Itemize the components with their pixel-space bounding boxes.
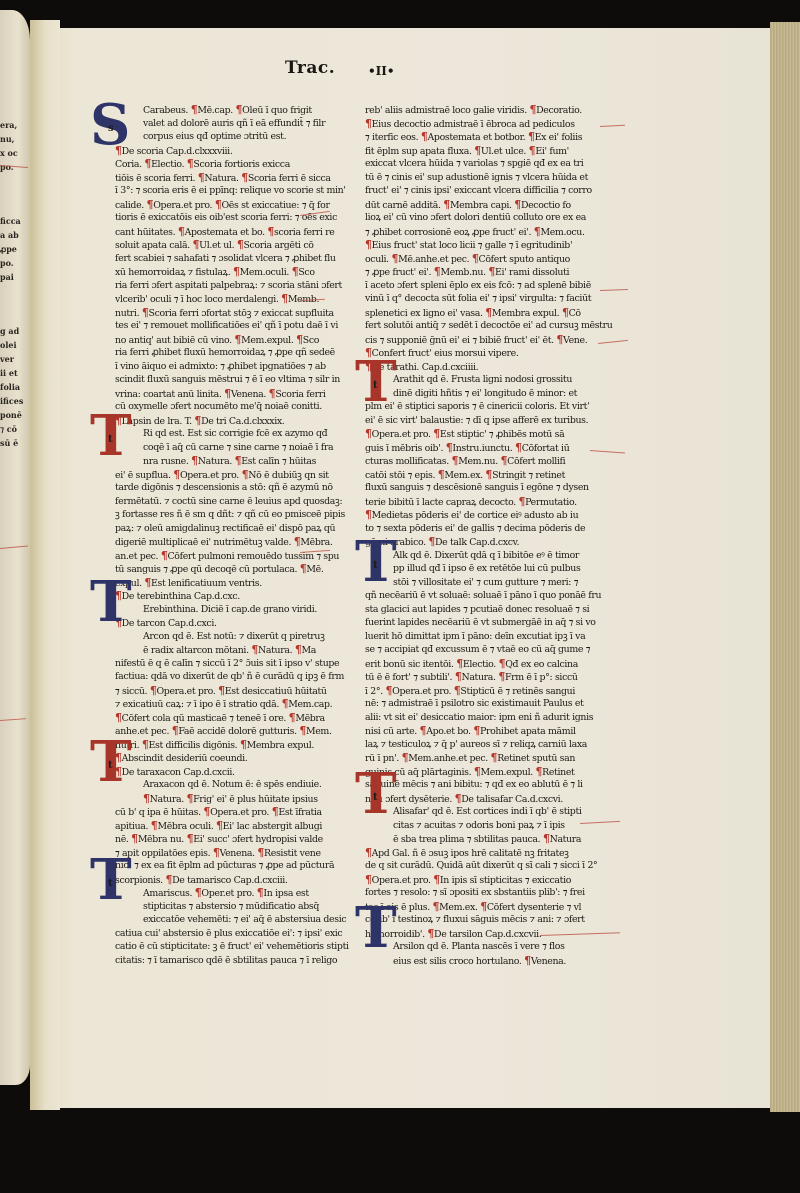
text-line: cerib' ī testinoꝝ ⁊ fluxui sāguis mēcis … (365, 913, 615, 927)
text-line: nē: ⁊ admistraē ī psilotro sic existimau… (365, 697, 615, 711)
pilcrow-rubric-icon: ¶ (428, 535, 435, 548)
text-line: scindit fluxū sanguis mēstrui ⁊ ē ī eo v… (115, 373, 365, 387)
text-line: guis ī mēbris oib'. ¶Instru.iunctu. ¶Cōf… (365, 441, 615, 455)
text-line: lioꝝ ei' cū vino ɔfert dolori dentiū col… (365, 211, 615, 225)
text-line: ī vino āiquo ei admixto: ⁊ ꝓhibet ipgnat… (115, 360, 365, 374)
text-column-right: reb' aliis admistraē loco galie viridis.… (365, 103, 615, 967)
pilcrow-rubric-icon: ¶ (433, 427, 440, 440)
pilcrow-rubric-icon: ¶ (224, 387, 231, 400)
pilcrow-rubric-icon: ¶ (446, 441, 453, 454)
pilcrow-rubric-icon: ¶ (213, 846, 220, 859)
pilcrow-rubric-icon: ¶ (257, 886, 264, 899)
pilcrow-rubric-icon: ¶ (115, 711, 122, 724)
pilcrow-rubric-icon: ¶ (150, 684, 157, 697)
pilcrow-rubric-icon: ¶ (299, 724, 306, 737)
pilcrow-rubric-icon: ¶ (295, 643, 302, 656)
text-line: apitiua. ¶Mēbra oculi. ¶Ei' lac abstergi… (115, 819, 365, 833)
text-line: tioris ē exiccatōis eis oib'est scoria f… (115, 211, 365, 225)
text-line: corpus eius qđ optime ɔtritū est. (115, 130, 365, 144)
pilcrow-rubric-icon: ¶ (173, 468, 180, 481)
text-line: ¶Natura. ¶Frig' ei' ē plus hūitate ipsiu… (115, 792, 365, 806)
facing-page-text-fragment: g ad (0, 326, 30, 338)
guide-letter: t (373, 380, 378, 391)
text-line: ¶Opera.et pro. ¶Est stiptic' ⁊ ꝓhibēs mo… (365, 427, 615, 441)
text-line: pp illud qđ ī ipso ē ex retētōe lui cū p… (365, 562, 615, 576)
facing-page-text-fragment: ⁊ cō (0, 424, 30, 436)
text-line: exiccat vlcera hūida ⁊ variolas ⁊ spgiē … (365, 157, 615, 171)
pilcrow-rubric-icon: ¶ (294, 535, 301, 548)
text-line: digeriē multiplicaē ei' nutrimētuꝫ valde… (115, 535, 365, 549)
text-line: ei' ē sic virt' balaustie: ⁊ dī q ipse a… (365, 414, 615, 428)
pilcrow-rubric-icon: ¶ (499, 657, 506, 670)
text-line: to ⁊ sexta pōderis ei' de gallis ⁊ decim… (365, 522, 615, 536)
text-line: sta glacici aut lapides ⁊ pcutiaē donec … (365, 603, 615, 617)
pilcrow-rubric-icon: ¶ (518, 495, 525, 508)
pilcrow-rubric-icon: ¶ (292, 265, 299, 278)
text-line: tiōis ē scoria ferri. ¶Natura. ¶Scoria f… (115, 171, 365, 185)
pilcrow-rubric-icon: ¶ (472, 252, 479, 265)
text-line: ¶De tarcon Cap.d.cxci. (115, 616, 365, 630)
facing-page-text-fragment: ꝓpe (0, 244, 30, 256)
text-line: vlcerib' oculi ⁊ ī hoc loco merdalengi. … (115, 292, 365, 306)
pilcrow-rubric-icon: ¶ (529, 144, 536, 157)
facing-page-text-fragment: era, (0, 120, 30, 132)
decorated-initial-t: T (355, 900, 397, 956)
pilcrow-rubric-icon: ¶ (143, 792, 150, 805)
text-line: tes ei' ⁊ remouet mollificatiōes ei' qñ … (115, 319, 365, 333)
pilcrow-rubric-icon: ¶ (191, 103, 198, 116)
pilcrow-rubric-icon: ¶ (420, 724, 427, 737)
guide-letter: t (108, 878, 113, 889)
pilcrow-rubric-icon: ¶ (144, 157, 151, 170)
text-line: nio: ⁊ ex ea fit ēplm ad pūcturas ⁊ ꝓpe … (115, 859, 365, 873)
text-line: cū b' q ipa ē hūitas. ¶Opera.et pro. ¶Es… (115, 805, 365, 819)
facing-page-text-fragment: folia (0, 382, 30, 394)
text-line: ⁊ siccū. ¶Opera.et pro. ¶Est desiccatiuū… (115, 684, 365, 698)
pilcrow-rubric-icon: ¶ (534, 225, 541, 238)
text-line: ꝫ fortasse res ñ ē sm q dñt: ⁊ qñ cū eo … (115, 508, 365, 522)
pilcrow-rubric-icon: ¶ (365, 238, 372, 251)
page-edges-fore-edge (770, 22, 800, 1112)
text-line: exiccatōe vehemēti: ⁊ ei' aq̄ ē abstersi… (115, 913, 365, 927)
pilcrow-rubric-icon: ¶ (491, 751, 498, 764)
facing-page-text-fragment: ifices (0, 396, 30, 408)
pilcrow-rubric-icon: ¶ (452, 454, 459, 467)
pilcrow-rubric-icon: ¶ (236, 103, 243, 116)
text-line: no antiq' aut bibiē cū vino. ¶Mem.expul.… (115, 333, 365, 347)
text-line: ¶De taraxacon Cap.d.cxcii. (115, 765, 365, 779)
pilcrow-rubric-icon: ¶ (524, 954, 531, 967)
text-line: xū hemorroidaꝝ ⁊ fistulaꝝ. ¶Mem.oculi. ¶… (115, 265, 365, 279)
pilcrow-rubric-icon: ¶ (144, 576, 151, 589)
pilcrow-rubric-icon: ¶ (194, 414, 201, 427)
text-line: nra rusne. ¶Natura. ¶Est calīn ⁊ hūitas (115, 454, 365, 468)
text-line: fit ēplm sup apata fluxa. ¶Ul.et ulce. ¶… (365, 144, 615, 158)
text-line: paꝝ: ⁊ oleū amigdalinuꝫ rectificaē ei' d… (115, 522, 365, 536)
pilcrow-rubric-icon: ¶ (300, 562, 307, 575)
pilcrow-rubric-icon: ¶ (386, 684, 393, 697)
text-line: tas ī eis ē plus. ¶Mem.ex. ¶Cōfert dysen… (365, 900, 615, 914)
text-line: ⁊ exicatiuū caꝝ: ⁊ ī ipo ē ī stratio qdā… (115, 697, 365, 711)
pilcrow-rubric-icon: ¶ (151, 819, 158, 832)
text-line: ⁊ ꝓpe fruct' ei'. ¶Memb.nu. ¶Ei' rami di… (365, 265, 615, 279)
text-line: nisi cū arte. ¶Apo.et bo. ¶Prohibet apat… (365, 724, 615, 738)
text-line: tarde digōnis ⁊ descensionis a stō: qñ ē… (115, 481, 365, 495)
pilcrow-rubric-icon: ¶ (178, 225, 185, 238)
text-line: sāguinē mēcis ⁊ ani bibitu: ⁊ qđ ex eo a… (365, 778, 615, 792)
text-line: ei' ē supflua. ¶Opera.et pro. ¶Nō ē dubi… (115, 468, 365, 482)
text-line: Alisafar' qd ē. Est cortices indi ī qb' … (365, 805, 615, 819)
text-line: catiua cui' abstersio ē plus exiccatiōe … (115, 927, 365, 941)
text-line: ē sba trea plima ⁊ sbtilitas pauca. ¶Nat… (365, 832, 615, 846)
pilcrow-rubric-icon: ¶ (191, 454, 198, 467)
text-line: Coria. ¶Electio. ¶Scoria fortioris exicc… (115, 157, 365, 171)
text-line: alii: vt sit ei' desiccatio maior: ipm e… (365, 711, 615, 725)
text-line: Araxacon qd ē. Notum ē: ē spēs endiuie. (115, 778, 365, 792)
text-line: tū ē ⁊ cinis ei' sup adustionē ignis ⁊ v… (365, 171, 615, 185)
text-line: stipticitas ⁊ abstersio ⁊ mūdificatio ab… (115, 900, 365, 914)
pilcrow-rubric-icon: ¶ (289, 711, 296, 724)
text-line: fert solutōi antiq̄ ⁊ sedēt ī decoctōe e… (365, 319, 615, 333)
text-line: laꝝ ⁊ testiculoꝝ ⁊ q̄ p' aureos sī ⁊ rel… (365, 738, 615, 752)
text-line: stōi ⁊ villositate ei' ⁊ cum gutture ⁊ m… (365, 576, 615, 590)
text-line: Arcon qd ē. Est notū: ⁊ dixerūt q piretr… (115, 630, 365, 644)
text-line: ¶Opera.et pro. ¶In ipis sī stipticitas ⁊… (365, 873, 615, 887)
text-line: nitū ɔfert dysēterie. ¶De talisafar Ca.d… (365, 792, 615, 806)
text-line: erit bonū sic itentōi. ¶Electio. ¶Qđ ex … (365, 657, 615, 671)
pilcrow-rubric-icon: ¶ (131, 832, 138, 845)
pilcrow-rubric-icon: ¶ (488, 265, 495, 278)
pilcrow-rubric-icon: ¶ (296, 333, 303, 346)
pilcrow-rubric-icon: ¶ (216, 819, 223, 832)
pilcrow-rubric-icon: ¶ (267, 225, 274, 238)
guide-letter: s (108, 123, 114, 134)
pilcrow-rubric-icon: ¶ (514, 198, 521, 211)
pilcrow-rubric-icon: ¶ (443, 198, 450, 211)
text-line: fuerint lapides necēariū ē vt submergāē … (365, 616, 615, 630)
pilcrow-rubric-icon: ¶ (391, 252, 398, 265)
text-line: coqē ī aq̄ cū carne ⁊ sine carne ⁊ noiaē… (115, 441, 365, 455)
pilcrow-rubric-icon: ¶ (165, 873, 172, 886)
text-line: dinē digiti hñtis ⁊ ei' longitudo ē mino… (365, 387, 615, 401)
facing-page-text-fragment: nu, (0, 134, 30, 146)
text-line: ¶Eius decoctio admistraē ī ēbroca ad ped… (365, 117, 615, 131)
text-line: valet ad dolorē auris qñ ī eā effundit̄ … (115, 117, 365, 131)
text-line: luerit hō dimittat ipm ī pāno: deīn excu… (365, 630, 615, 644)
pilcrow-rubric-icon: ¶ (257, 846, 264, 859)
pilcrow-rubric-icon: ¶ (438, 468, 445, 481)
facing-page-text-fragment: ponē (0, 410, 30, 422)
pilcrow-rubric-icon: ¶ (528, 130, 535, 143)
pilcrow-rubric-icon: ¶ (233, 265, 240, 278)
pilcrow-rubric-icon: ¶ (365, 873, 372, 886)
pilcrow-rubric-icon: ¶ (241, 171, 248, 184)
pilcrow-rubric-icon: ¶ (242, 468, 249, 481)
text-line: ī 2°. ¶Opera.et pro. ¶Stipticū ē ⁊ retin… (365, 684, 615, 698)
book-gutter (30, 20, 60, 1110)
pilcrow-rubric-icon: ¶ (187, 157, 194, 170)
text-line: expul. ¶Est lenificatiuum ventris. (115, 576, 365, 590)
text-line: dūt carnē additā. ¶Membra capi. ¶Decocti… (365, 198, 615, 212)
pilcrow-rubric-icon: ¶ (427, 927, 434, 940)
pilcrow-rubric-icon: ¶ (485, 468, 492, 481)
pilcrow-rubric-icon: ¶ (218, 684, 225, 697)
text-line: cū oxymelle ɔfert nocumēto me'q̄ noiaē c… (115, 400, 365, 414)
text-line: tū sanguis ⁊ ꝓpe qū decoqē cū portulaca.… (115, 562, 365, 576)
pilcrow-rubric-icon: ¶ (234, 333, 241, 346)
text-line: ¶De terebinthina Cap.d.cxc. (115, 589, 365, 603)
text-line: fermētatū. ⁊ coctū sine carne ē leuius a… (115, 495, 365, 509)
pilcrow-rubric-icon: ¶ (272, 805, 279, 818)
pilcrow-rubric-icon: ¶ (480, 900, 487, 913)
pilcrow-rubric-icon: ¶ (237, 238, 244, 251)
text-line: ⁊ ꝓhibet corrosionē eoꝝ ꝓpe fruct' ei'. … (365, 225, 615, 239)
text-line: factiua: qdā vo dixerūt de qb' ñ ē curād… (115, 670, 365, 684)
pilcrow-rubric-icon: ¶ (454, 684, 461, 697)
pilcrow-rubric-icon: ¶ (421, 130, 428, 143)
pilcrow-rubric-icon: ¶ (474, 144, 481, 157)
pilcrow-rubric-icon: ¶ (473, 724, 480, 737)
facing-page-text-fragment: ver (0, 354, 30, 366)
text-line: se ⁊ accipiat qđ excussum ē ⁊ vtaē eo cū… (365, 643, 615, 657)
text-line: fortes ⁊ resolo: ⁊ sī ɔpositi ex sbstant… (365, 886, 615, 900)
text-line: ¶Lapsin de lra. T. ¶De tri Ca.d.clxxxix. (115, 414, 365, 428)
text-line: ī 3°: ⁊ scoria eris ē ei ppīnq: relique … (115, 184, 365, 198)
pilcrow-rubric-icon: ¶ (235, 454, 242, 467)
text-line: ¶Abscindit desideriū coeundi. (115, 751, 365, 765)
pilcrow-rubric-icon: ¶ (515, 441, 522, 454)
text-line: soluit apata calā. ¶Ul.et ul. ¶Scoria ar… (115, 238, 365, 252)
pilcrow-rubric-icon: ¶ (365, 117, 372, 130)
text-line: anhe.et pec. ¶Faē accidē dolorē gutturis… (115, 724, 365, 738)
text-line: ⁊ iterfic eos. ¶Apostemata et botbor. ¶E… (365, 130, 615, 144)
pilcrow-rubric-icon: ¶ (455, 670, 462, 683)
text-line: cant hūitates. ¶Apostemata et bo. ¶scori… (115, 225, 365, 239)
pilcrow-rubric-icon: ¶ (543, 832, 550, 845)
guide-letter: t (373, 792, 378, 803)
text-line: ¶Medietas pōderis ei' de cortice eiꝰ adu… (365, 508, 615, 522)
pilcrow-rubric-icon: ¶ (161, 549, 168, 562)
text-line: oculi. ¶Mē.anhe.et pec. ¶Cōfert sputo an… (365, 252, 615, 266)
running-head: Trac. (285, 58, 335, 78)
text-line: ria ferri ɔfert aspitati palpebraꝝ: ⁊ sc… (115, 279, 365, 293)
text-line: ¶De tarathi. Cap.d.cxciiii. (365, 360, 615, 374)
text-line: ria ferri ꝓhibet fluxū hemorroidaꝝ ⁊ ꝓpe… (115, 346, 365, 360)
pilcrow-rubric-icon: ¶ (365, 846, 372, 859)
pilcrow-rubric-icon: ¶ (281, 292, 288, 305)
pilcrow-rubric-icon: ¶ (365, 427, 372, 440)
text-line: ¶Apd Gal. ñ ē ɔsuꝫ ipos hrē calitatē nꝫ … (365, 846, 615, 860)
pilcrow-rubric-icon: ¶ (269, 387, 276, 400)
text-line: catio ē cū stipticitate: ꝫ ē fruct' ei' … (115, 940, 365, 954)
text-column-left: Carabeus. ¶Mē.cap. ¶Oleū ī quo frigitval… (115, 103, 365, 967)
text-line: ī aceto ɔfert spleni ēplo ex eis fcō: ⁊ … (365, 279, 615, 293)
text-line: fert scabiei ⁊ sahafati ⁊ ɔsolidat vlcer… (115, 252, 365, 266)
text-line: terie bibitū ī lacte capraꝝ decocto. ¶Pe… (365, 495, 615, 509)
text-line: ¶Confert fruct' eius morsui vipere. (365, 346, 615, 360)
pilcrow-rubric-icon: ¶ (455, 792, 462, 805)
pilcrow-rubric-icon: ¶ (433, 873, 440, 886)
text-line: reb' aliis admistraē loco galie viridis.… (365, 103, 615, 117)
facing-page-text-fragment: po. (0, 258, 30, 270)
text-line: qñ necēariū ē vt soluaē: soluaē ī pāno ī… (365, 589, 615, 603)
pilcrow-rubric-icon: ¶ (474, 765, 481, 778)
facing-page-text-fragment: olei (0, 340, 30, 352)
text-line: calide. ¶Opera.et pro. ¶Oēs st exiccatiu… (115, 198, 365, 212)
facing-page-text-fragment: ii et (0, 368, 30, 380)
pilcrow-rubric-icon: ¶ (172, 724, 179, 737)
pilcrow-rubric-icon: ¶ (433, 900, 440, 913)
text-line: ⁊ apit oppilatōes epis. ¶Venena. ¶Resist… (115, 846, 365, 860)
pilcrow-rubric-icon: ¶ (365, 508, 372, 521)
pilcrow-rubric-icon: ¶ (147, 198, 154, 211)
folio-number: •II• (368, 64, 395, 78)
pilcrow-rubric-icon: ¶ (198, 171, 205, 184)
pilcrow-rubric-icon: ¶ (402, 751, 409, 764)
text-line: nutri. ¶Est difficilis digōnis. ¶Membra … (115, 738, 365, 752)
pilcrow-rubric-icon: ¶ (142, 738, 149, 751)
text-line: eius est silis croco hortulano. ¶Venena. (365, 954, 615, 968)
text-line: splenetici ex ligno ei' vasa. ¶Membra ex… (365, 306, 615, 320)
guide-letter: t (108, 434, 113, 445)
text-line: rū ī pn'. ¶Mem.anhe.et pec. ¶Retinet spu… (365, 751, 615, 765)
text-line: nutri. ¶Scoria ferri ɔfortat stōꝫ ⁊ exic… (115, 306, 365, 320)
text-line: cturas mollificatas. ¶Mem.nu. ¶Cōfert mo… (365, 454, 615, 468)
pilcrow-rubric-icon: ¶ (434, 265, 441, 278)
text-line: cis ⁊ supponiē ḡnū ei' ei ⁊ bibiē fruct'… (365, 333, 615, 347)
pilcrow-rubric-icon: ¶ (215, 198, 222, 211)
pilcrow-rubric-icon: ¶ (456, 657, 463, 670)
pilcrow-rubric-icon: ¶ (203, 805, 210, 818)
text-line: gūmi arabico. ¶De talk Cap.d.cxcv. (365, 535, 615, 549)
facing-page-text-fragment: sū ē (0, 438, 30, 450)
pilcrow-rubric-icon: ¶ (562, 306, 569, 319)
pilcrow-rubric-icon: ¶ (193, 238, 200, 251)
text-line: Alk qd ē. Dixerūt qdā q ī bibitōe eꝰ ē t… (365, 549, 615, 563)
pilcrow-rubric-icon: ¶ (556, 333, 563, 346)
pilcrow-rubric-icon: ¶ (529, 103, 536, 116)
pilcrow-rubric-icon: ¶ (251, 643, 258, 656)
text-line: vrina: coartat anū linita. ¶Venena. ¶Sco… (115, 387, 365, 401)
text-line: Ri qd est. Est sic corrigie fcē ex azymo… (115, 427, 365, 441)
text-line: fruct' ei' ⁊ cinis ipsi' exiccant vlcera… (365, 184, 615, 198)
text-line: Arathit qd ē. Frusta ligni nodosi grossi… (365, 373, 615, 387)
pilcrow-rubric-icon: ¶ (142, 306, 149, 319)
text-line: de q sit curādū. Quidā aūt dixerūt q sī … (365, 859, 615, 873)
decorated-initial-t: T (90, 574, 132, 630)
text-line: tū ē ē fort' ⁊ subtili'. ¶Natura. ¶Frm ē… (365, 670, 615, 684)
pilcrow-rubric-icon: ¶ (500, 454, 507, 467)
text-line: nē. ¶Mēbra nu. ¶Ei' succ' ɔfert hydropis… (115, 832, 365, 846)
text-line: Arsilon qd ē. Planta nascēs ī vere ⁊ flo… (365, 940, 615, 954)
guide-letter: t (108, 760, 113, 771)
pilcrow-rubric-icon: ¶ (282, 697, 289, 710)
text-line: guinis cū aq̄ plārtaginis. ¶Mem.expul. ¶… (365, 765, 615, 779)
text-line: Amariscus. ¶Oper.et pro. ¶In ipsa est (115, 886, 365, 900)
text-line: ¶Cōfert cola qū masticaē ⁊ teneē ī ore. … (115, 711, 365, 725)
text-line: Erebinthina. Diciē ī cap.de grano viridi… (115, 603, 365, 617)
text-line: fluxū sanguis ⁊ descēsionē sanguis ī egō… (365, 481, 615, 495)
pilcrow-rubric-icon: ¶ (240, 738, 247, 751)
pilcrow-rubric-icon: ¶ (187, 832, 194, 845)
pilcrow-rubric-icon: ¶ (187, 792, 194, 805)
text-line: catōi stōi ⁊ epis. ¶Mem.ex. ¶Stringit ⁊ … (365, 468, 615, 482)
text-line: vinū ī q° decocta sūt folia ei' ⁊ ipsi' … (365, 292, 615, 306)
text-line: ¶De scoria Cap.d.clxxxviii. (115, 144, 365, 158)
pilcrow-rubric-icon: ¶ (498, 670, 505, 683)
guide-letter: t (373, 560, 378, 571)
text-line: plm ei' ē stiptici saporis ⁊ ē cinericii… (365, 400, 615, 414)
pilcrow-rubric-icon: ¶ (195, 886, 202, 899)
text-line: ¶Eius fruct' stat loco licii ⁊ galle ⁊ ī… (365, 238, 615, 252)
facing-page-text-fragment: pai (0, 272, 30, 284)
text-line: Carabeus. ¶Mē.cap. ¶Oleū ī quo frigit (115, 103, 365, 117)
pilcrow-rubric-icon: ¶ (536, 765, 543, 778)
facing-page-text-fragment: x oc (0, 148, 30, 160)
pilcrow-rubric-icon: ¶ (485, 306, 492, 319)
text-line: citas ⁊ acuitas ⁊ odoris boni paꝝ ⁊ ī ip… (365, 819, 615, 833)
text-line: scorpionis. ¶De tamarisco Cap.d.cxciii. (115, 873, 365, 887)
facing-page-text-fragment: ficca (0, 216, 30, 228)
text-line: ē radix altarcon mōtani. ¶Natura. ¶Ma (115, 643, 365, 657)
text-line: citatis: ⁊ ī tamarisco qdē ē sbtilitas p… (115, 954, 365, 968)
text-line: nifestū ē q ē calīn ⁊ siccū ī 2° ɔ̄uis s… (115, 657, 365, 671)
facing-page-text-fragment: a ab (0, 230, 30, 242)
